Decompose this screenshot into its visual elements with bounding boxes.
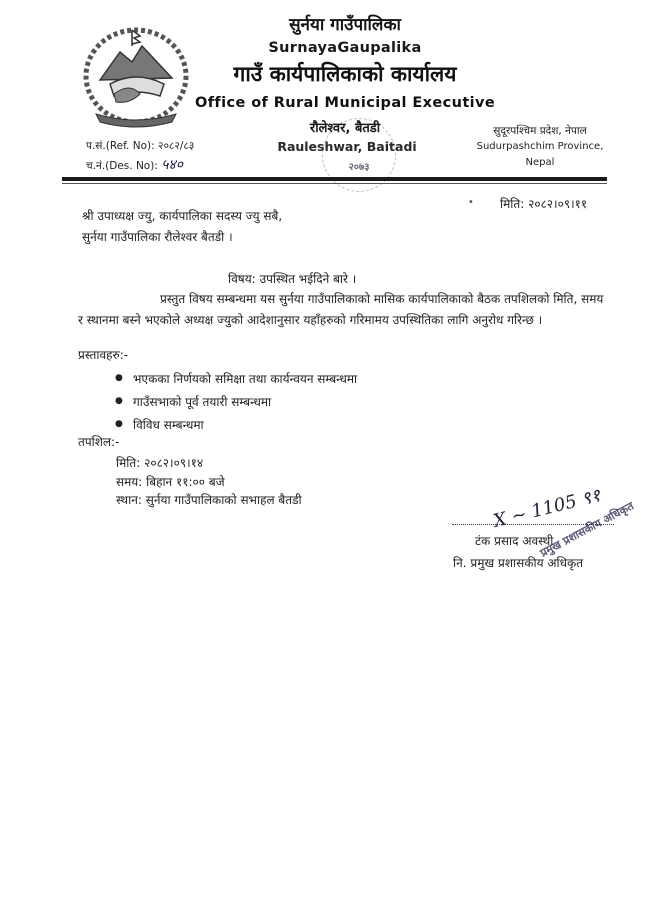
office-name-en: Office of Rural Municipal Executive xyxy=(195,95,505,111)
details-label: तपशिल:- xyxy=(78,435,119,451)
paragraph-line-2: र स्थानमा बस्ने भएकोले अध्यक्ष ज्युको आद… xyxy=(78,313,542,329)
meeting-time: समय: बिहान ११:०० बजे xyxy=(116,475,225,491)
des-label: च.नं.(Des. No): xyxy=(86,160,158,172)
list-item: गाउँसभाको पूर्व तयारी सम्बन्धमा xyxy=(115,393,357,416)
address-en: Rauleshwar, Baitadi xyxy=(262,139,432,154)
province-np: सुदूरपश्चिम प्रदेश, नेपाल xyxy=(470,124,610,138)
dot-mark: • xyxy=(468,197,474,208)
des-value: ५४० xyxy=(161,157,183,173)
list-item: भएकका निर्णयको समिक्षा तथा कार्यन्वयन सम… xyxy=(115,370,357,393)
proposals-list: भएकका निर्णयको समिक्षा तथा कार्यन्वयन सम… xyxy=(115,370,357,439)
dispatch-number: च.नं.(Des. No): ५४० xyxy=(86,155,183,174)
letter-date: मिति: २०८२।०९।११ xyxy=(500,195,587,212)
paragraph-line-1: प्रस्तुत विषय सम्बन्धमा यस सुर्नया गाउँप… xyxy=(160,292,603,308)
header-divider-thin xyxy=(62,183,607,184)
addressee-line-1: श्री उपाध्यक्ष ज्यु, कार्यपालिका सदस्य ज… xyxy=(82,209,282,225)
signatory-title: नि. प्रमुख प्रशासकीय अधिकृत xyxy=(453,554,583,571)
ref-value: २०८२/८३ xyxy=(158,140,194,152)
meeting-place: स्थान: सुर्नया गाउँपालिकाको सभाहल बैतडी xyxy=(116,493,302,509)
country-en: Nepal xyxy=(470,157,610,168)
office-name-np: गाउँ कार्यपालिकाको कार्यालय xyxy=(175,60,515,88)
header-divider xyxy=(62,177,607,181)
signatory-name: टंक प्रसाद अवस्थी xyxy=(475,532,553,549)
list-item: विविध सम्बन्धमा xyxy=(115,416,357,439)
address-np: रौलेश्वर, बैतडी xyxy=(270,118,420,136)
province-en: Sudurpashchim Province, xyxy=(470,141,610,152)
meeting-date: मिति: २०८२।०९।१४ xyxy=(116,456,203,472)
reference-number: प.सं.(Ref. No): २०८२/८३ xyxy=(86,139,194,153)
proposals-label: प्रस्तावहरु:- xyxy=(78,348,128,364)
subject-line: विषय: उपस्थित भईदिने बारे । xyxy=(228,272,356,288)
municipality-name-np: सुर्नया गाउँपालिका xyxy=(195,12,495,35)
municipality-name-en: SurnayaGaupalika xyxy=(195,40,495,56)
addressee-line-2: सुर्नया गाउँपालिका रौलेश्वर बैतडी । xyxy=(82,230,233,246)
ref-label: प.सं.(Ref. No): xyxy=(86,140,155,152)
